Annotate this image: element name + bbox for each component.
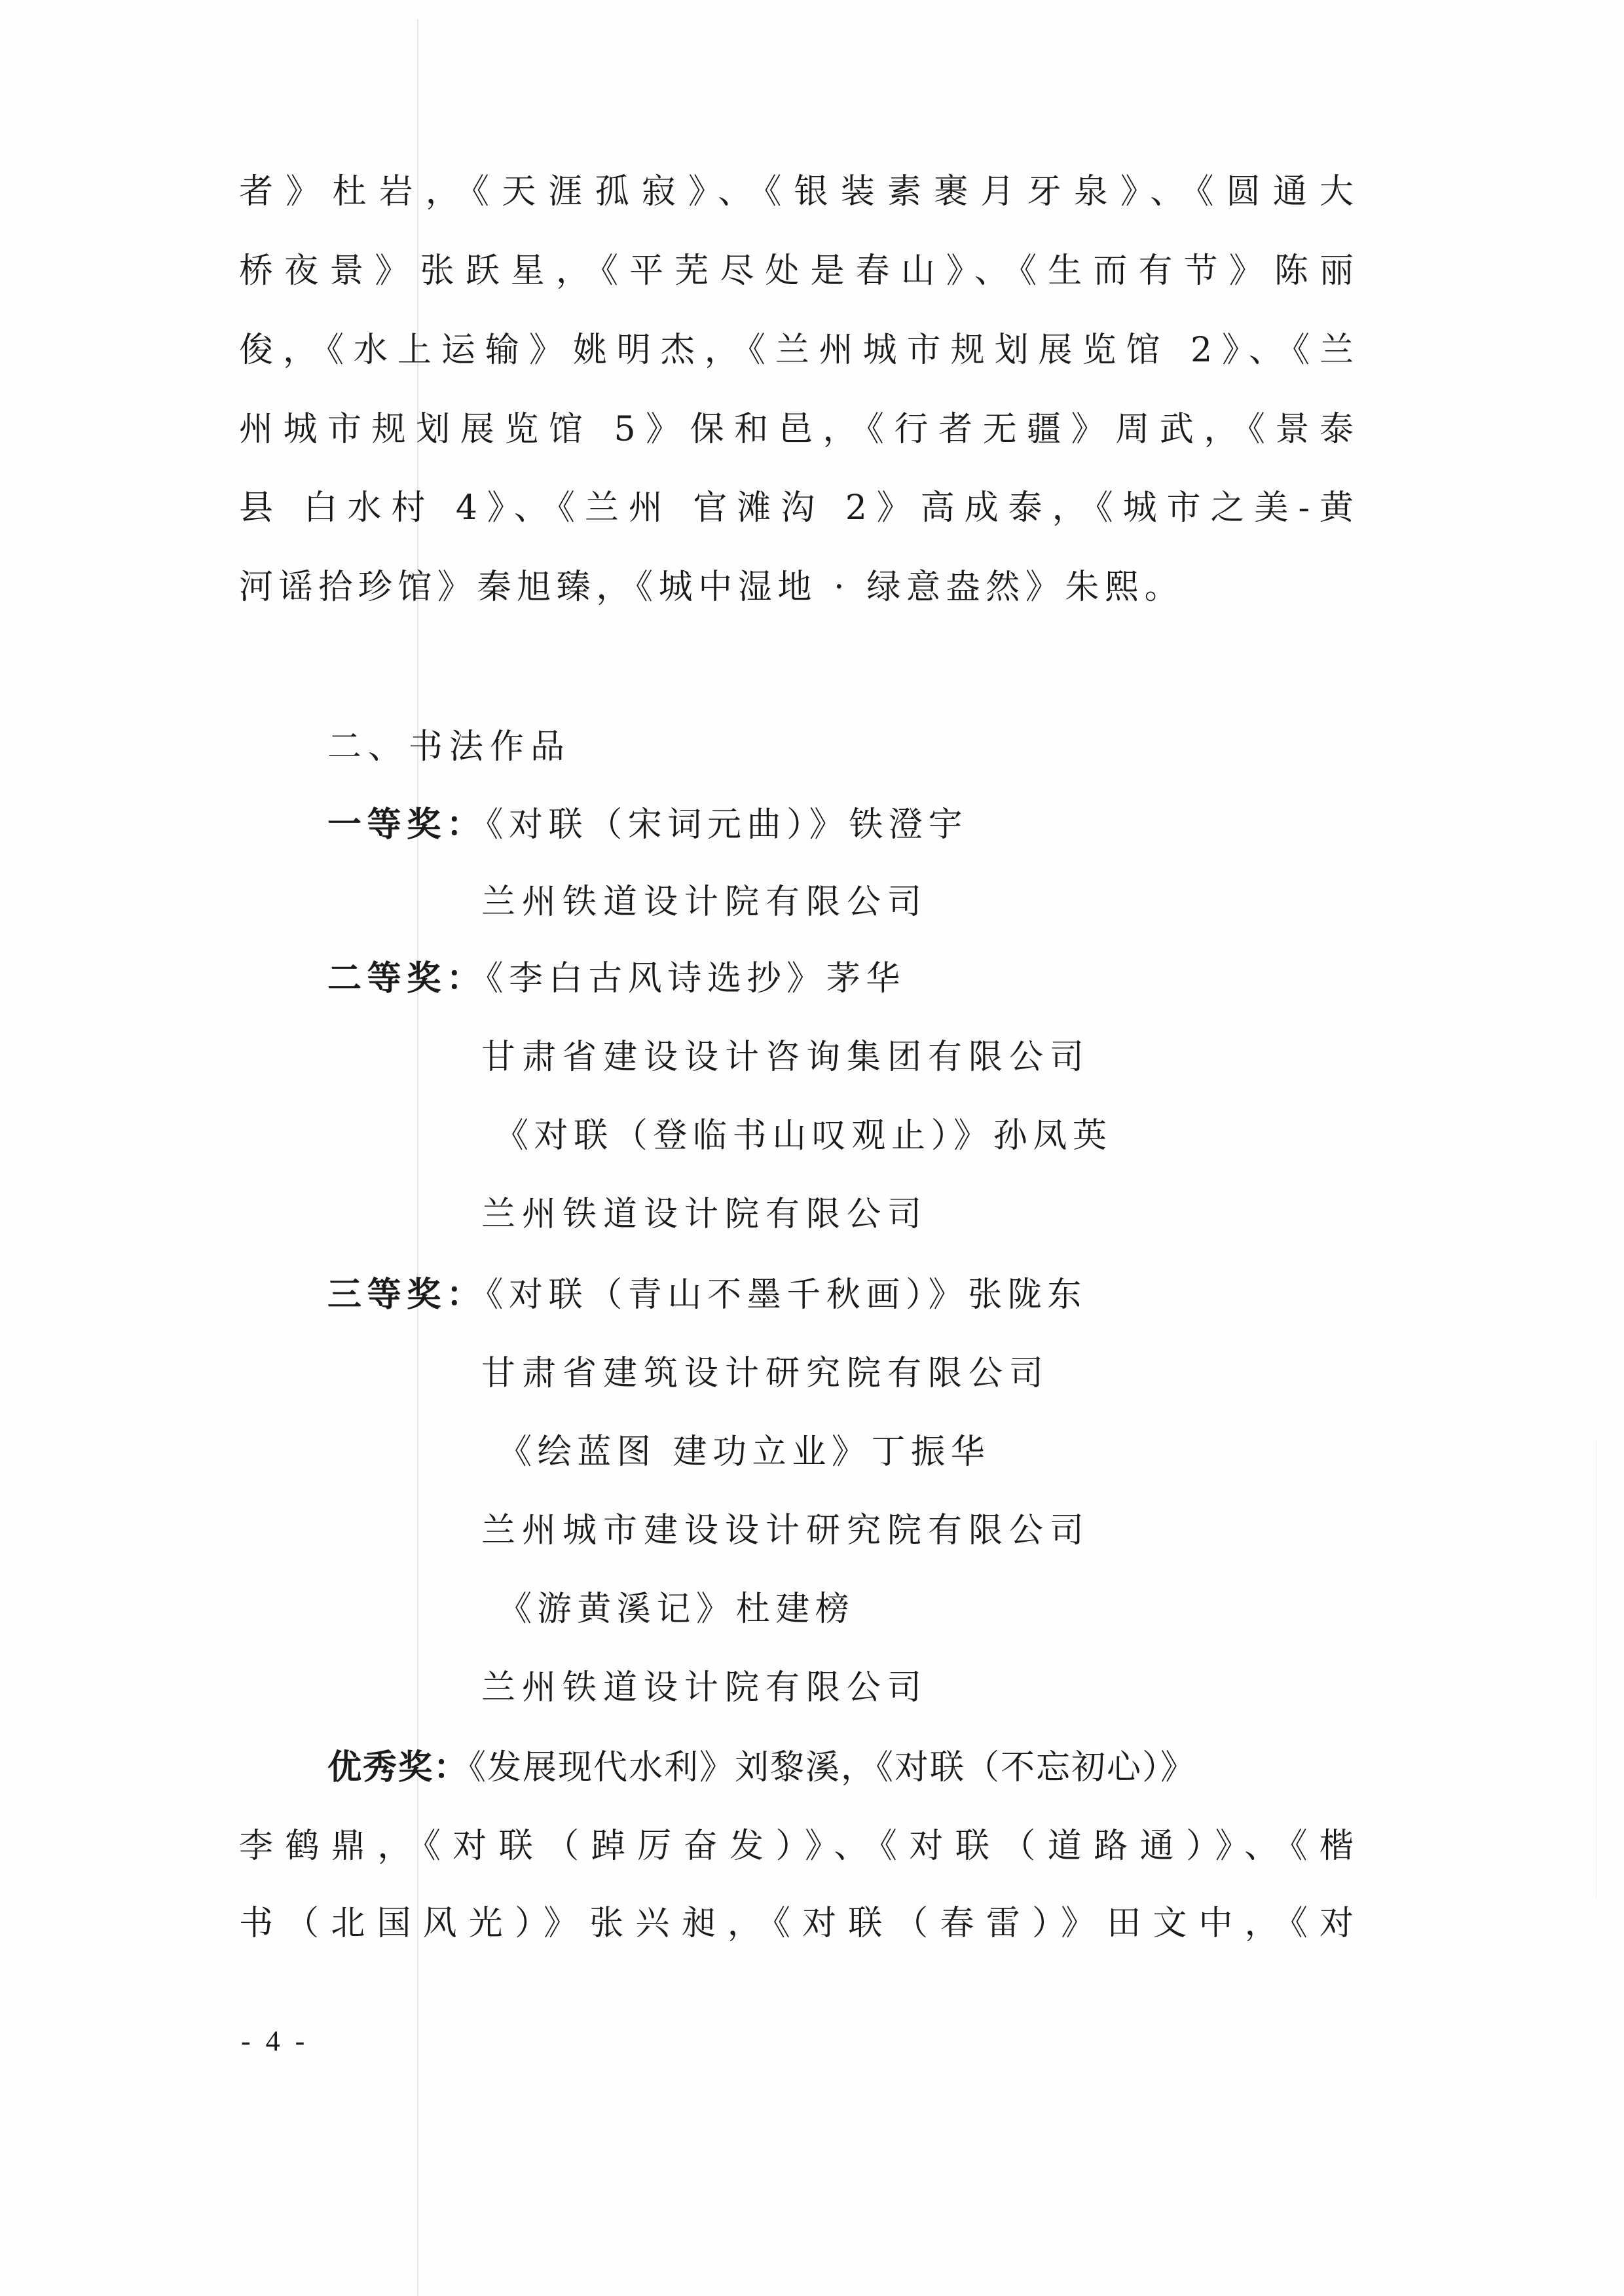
paragraph-line: 桥夜景》张跃星，《平芜尽处是春山》、《生而有节》陈丽	[239, 248, 1354, 294]
award-label-first: 一等奖：	[327, 805, 486, 845]
award-third-row: 三等奖：《对联（青山不墨千秋画）》张陇东	[327, 1272, 1087, 1318]
paragraph-line: 河谣拾珍馆》秦旭臻，《城中湿地 · 绿意盎然》朱熙。	[239, 564, 1184, 610]
award-label-excellent: 优秀奖：	[327, 1748, 469, 1787]
paragraph-line: 俊，《水上运输》姚明杰，《兰州城市规划展览馆 2》、《兰	[239, 327, 1354, 373]
award-work: 《游黄溪记》杜建榜	[498, 1586, 855, 1632]
award-work: 《李白古风诗选抄》茅华	[486, 959, 906, 998]
award-work: 《对联（宋词元曲）》铁澄宇	[486, 805, 968, 845]
award-org: 兰州铁道设计院有限公司	[481, 879, 928, 925]
award-work: 《对联（登临书山叹观止）》孙凤英	[494, 1113, 1113, 1159]
page-number: - 4 -	[241, 2022, 308, 2061]
award-org: 甘肃省建筑设计研究院有限公司	[481, 1351, 1050, 1396]
award-work: 《绘蓝图 建功立业》丁振华	[498, 1429, 990, 1475]
award-org: 兰州城市建设设计研究院有限公司	[481, 1508, 1090, 1554]
document-page: 者》杜岩，《天涯孤寂》、《银装素裹月牙泉》、《圆通大 桥夜景》张跃星，《平芜尽处…	[0, 0, 1624, 2296]
paragraph-line: 者》杜岩，《天涯孤寂》、《银装素裹月牙泉》、《圆通大	[239, 169, 1354, 215]
award-work: 《对联（青山不墨千秋画）》张陇东	[486, 1275, 1087, 1315]
scan-artifact-line	[1596, 1440, 1596, 1899]
section-heading: 二、书法作品	[327, 724, 571, 770]
paragraph-line: 县 白水村 4》、《兰州 官滩沟 2》高成泰，《城市之美-黄	[239, 485, 1354, 531]
award-org: 甘肃省建设设计咨询集团有限公司	[481, 1034, 1090, 1080]
award-org: 兰州铁道设计院有限公司	[481, 1192, 928, 1237]
award-label-third: 三等奖：	[327, 1275, 486, 1315]
award-excellent-row: 优秀奖：《发展现代水利》刘黎溪，《对联（不忘初心）》	[327, 1745, 1354, 1791]
paragraph-line: 书（北国风光）》张兴昶，《对联（春雷）》田文中，《对	[239, 1901, 1354, 1946]
award-org: 兰州铁道设计院有限公司	[481, 1665, 928, 1711]
paragraph-line: 州城市规划展览馆 5》保和邑，《行者无疆》周武，《景泰	[239, 407, 1354, 452]
award-first-row: 一等奖：《对联（宋词元曲）》铁澄宇	[327, 802, 968, 848]
award-label-second: 二等奖：	[327, 959, 486, 998]
award-work: 《发展现代水利》刘黎溪，《对联（不忘初心）》	[469, 1748, 1196, 1787]
award-second-row: 二等奖：《李白古风诗选抄》茅华	[327, 956, 906, 1002]
paragraph-line: 李鹤鼎，《对联（踔厉奋发）》、《对联（道路通）》、《楷	[239, 1823, 1354, 1869]
